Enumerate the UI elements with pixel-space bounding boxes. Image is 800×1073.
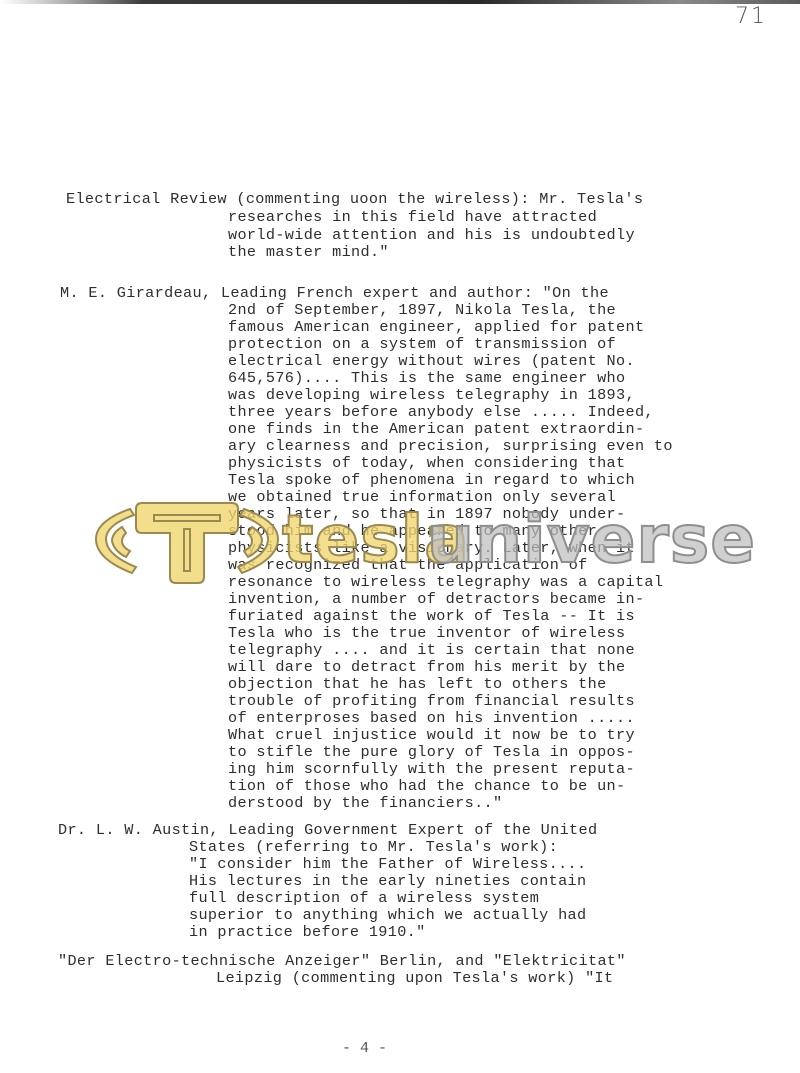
page-top-edge <box>0 0 800 4</box>
citation-line: What cruel injustice would it now be to … <box>228 727 635 743</box>
citation-line: electrical energy without wires (patent … <box>228 353 635 369</box>
citation-line: tion of those who had the chance to be u… <box>228 778 626 794</box>
citation-line: States (referring to Mr. Tesla's work): <box>189 839 558 855</box>
citation-line: researches in this field have attracted <box>228 209 597 225</box>
citation-line: furiated against the work of Tesla -- It… <box>228 608 635 624</box>
citation-line: physicists like a visionary. Later, when… <box>228 540 635 556</box>
citation-line: the master mind." <box>228 244 389 260</box>
citation-line: "Der Electro-technische Anzeiger" Berlin… <box>58 953 626 969</box>
citation-line: to stifle the pure glory of Tesla in opp… <box>228 744 635 760</box>
citation-line: full description of a wireless system <box>189 890 539 906</box>
citation-line: of enterproses based on his invention ..… <box>228 710 635 726</box>
citation-line: 645,576).... This is the same engineer w… <box>228 370 626 386</box>
citation-line: invention, a number of detractors became… <box>228 591 644 607</box>
citation-line: physicists of today, when considering th… <box>228 455 626 471</box>
citation-line: Tesla spoke of phenomena in regard to wh… <box>228 472 635 488</box>
citation-line: resonance to wireless telegraphy was a c… <box>228 574 663 590</box>
citation-line: ary clearness and precision, surprising … <box>228 438 673 454</box>
citation-line: we obtained true information only severa… <box>228 489 616 505</box>
citation-line: derstood by the financiers.." <box>228 795 502 811</box>
citation-line: Leipzig (commenting upon Tesla's work) "… <box>216 970 614 986</box>
citation-line: will dare to detract from his merit by t… <box>228 659 626 675</box>
citation-line: Electrical Review (commenting uoon the w… <box>66 191 643 207</box>
citation-line: world-wide attention and his is undoubte… <box>228 227 635 243</box>
citation-line: superior to anything which we actually h… <box>189 907 587 923</box>
citation-line: famous American engineer, applied for pa… <box>228 319 644 335</box>
citation-line: was recognized that the application of <box>228 557 588 573</box>
citation-line: objection that he has left to others the <box>228 676 607 692</box>
citation-line: His lectures in the early nineties conta… <box>189 873 587 889</box>
page-number: - 4 - <box>342 1040 387 1057</box>
citation-line: telegraphy .... and it is certain that n… <box>228 642 635 658</box>
citation-line: stood him and he appeared to many other <box>228 523 597 539</box>
citation-line: in practice before 1910." <box>189 924 426 940</box>
citation-line: "I consider him the Father of Wireless..… <box>189 856 587 872</box>
citation-line: years later, so that in 1897 nobody unde… <box>228 506 626 522</box>
citation-line: Dr. L. W. Austin, Leading Government Exp… <box>58 822 597 838</box>
page-mark: 71 <box>735 4 767 29</box>
citation-line: trouble of profiting from financial resu… <box>228 693 635 709</box>
citation-line: 2nd of September, 1897, Nikola Tesla, th… <box>228 302 616 318</box>
citation-line: one finds in the American patent extraor… <box>228 421 644 437</box>
citation-line: M. E. Girardeau, Leading French expert a… <box>60 285 609 301</box>
citation-line: Tesla who is the true inventor of wirele… <box>228 625 626 641</box>
citation-line: protection on a system of transmission o… <box>228 336 616 352</box>
citation-line: ing him scornfully with the present repu… <box>228 761 635 777</box>
citation-line: three years before anybody else ..... In… <box>228 404 654 420</box>
citation-line: was developing wireless telegraphy in 18… <box>228 387 635 403</box>
